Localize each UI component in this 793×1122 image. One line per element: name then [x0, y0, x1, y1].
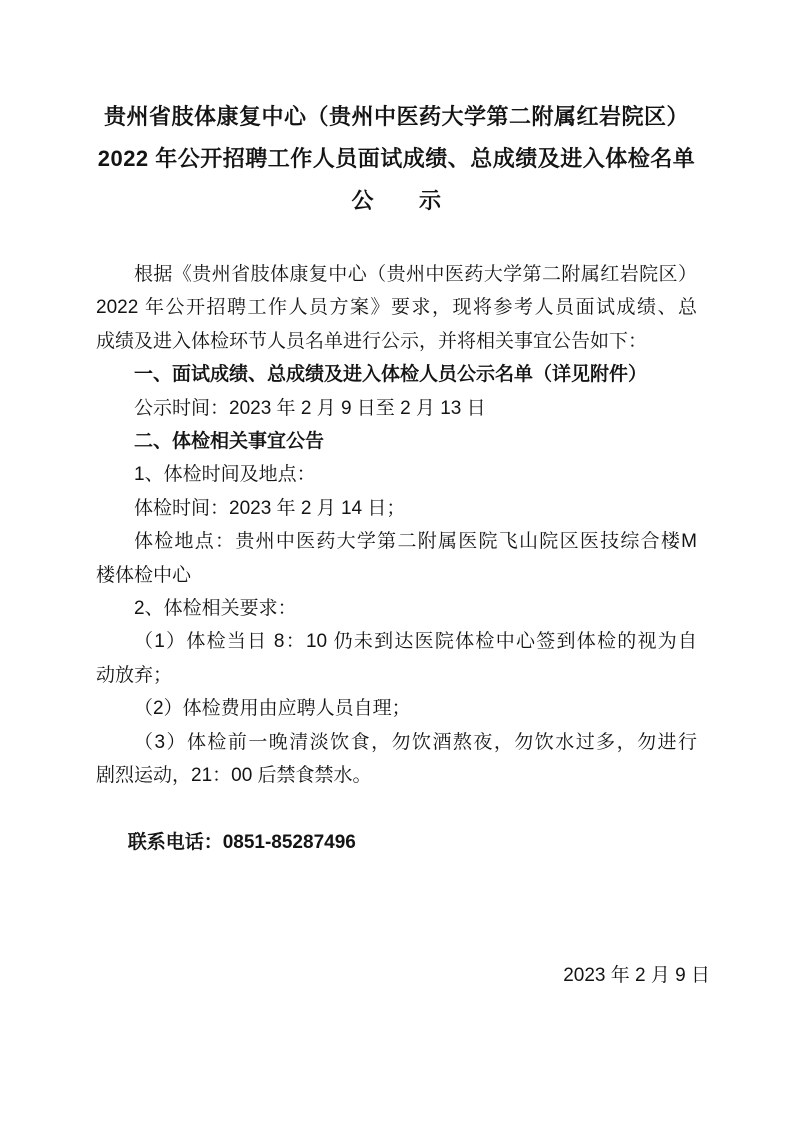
- exam-time-line: 体检时间：2023 年 2 月 14 日；: [96, 492, 697, 525]
- section-heading-2: 二、体检相关事宜公告: [96, 425, 697, 458]
- announcement-page: 贵州省肢体康复中心（贵州中医药大学第二附属红岩院区） 2022 年公开招聘工作人…: [0, 0, 793, 1122]
- requirement-1-line-2: 动放弃；: [96, 659, 697, 692]
- requirement-1-line-1: （1）体检当日 8：10 仍未到达医院体检中心签到体检的视为自: [96, 625, 697, 658]
- title-line-3: 公 示: [96, 180, 697, 222]
- contact-label: 联系电话：: [128, 832, 223, 853]
- title-line-2: 2022 年公开招聘工作人员面试成绩、总成绩及进入体检名单: [96, 138, 697, 180]
- title-line-1: 贵州省肢体康复中心（贵州中医药大学第二附属红岩院区）: [96, 96, 697, 138]
- exam-place-line-1: 体检地点：贵州中医药大学第二附属医院飞山院区医技综合楼M: [96, 525, 697, 558]
- paragraph-intro-line-1: 根据《贵州省肢体康复中心（贵州中医药大学第二附属红岩院区）: [96, 258, 697, 291]
- exam-place-line-2: 楼体检中心: [96, 559, 697, 592]
- requirement-3-line-2: 剧烈运动，21：00 后禁食禁水。: [96, 759, 697, 792]
- signature-date: 2023 年 2 月 9 日: [0, 959, 793, 992]
- contact-line: 联系电话：0851-85287496: [96, 793, 697, 893]
- document-title: 贵州省肢体康复中心（贵州中医药大学第二附属红岩院区） 2022 年公开招聘工作人…: [96, 96, 697, 222]
- paragraph-intro-line-3: 成绩及进入体检环节人员名单进行公示，并将相关事宜公告如下：: [96, 325, 697, 358]
- exam-time-place-label: 1、体检时间及地点：: [96, 458, 697, 491]
- contact-phone: 0851-85287496: [223, 832, 356, 853]
- document-body: 根据《贵州省肢体康复中心（贵州中医药大学第二附属红岩院区） 2022 年公开招聘…: [96, 258, 697, 893]
- requirement-2-line: （2）体检费用由应聘人员自理；: [96, 692, 697, 725]
- publicity-period-line: 公示时间：2023 年 2 月 9 日至 2 月 13 日: [96, 392, 697, 425]
- requirement-3-line-1: （3）体检前一晚清淡饮食，勿饮酒熬夜，勿饮水过多，勿进行: [96, 726, 697, 759]
- paragraph-intro-line-2: 2022 年公开招聘工作人员方案》要求，现将参考人员面试成绩、总: [96, 291, 697, 324]
- exam-requirements-label: 2、体检相关要求：: [96, 592, 697, 625]
- section-heading-1: 一、面试成绩、总成绩及进入体检人员公示名单（详见附件）: [96, 358, 697, 391]
